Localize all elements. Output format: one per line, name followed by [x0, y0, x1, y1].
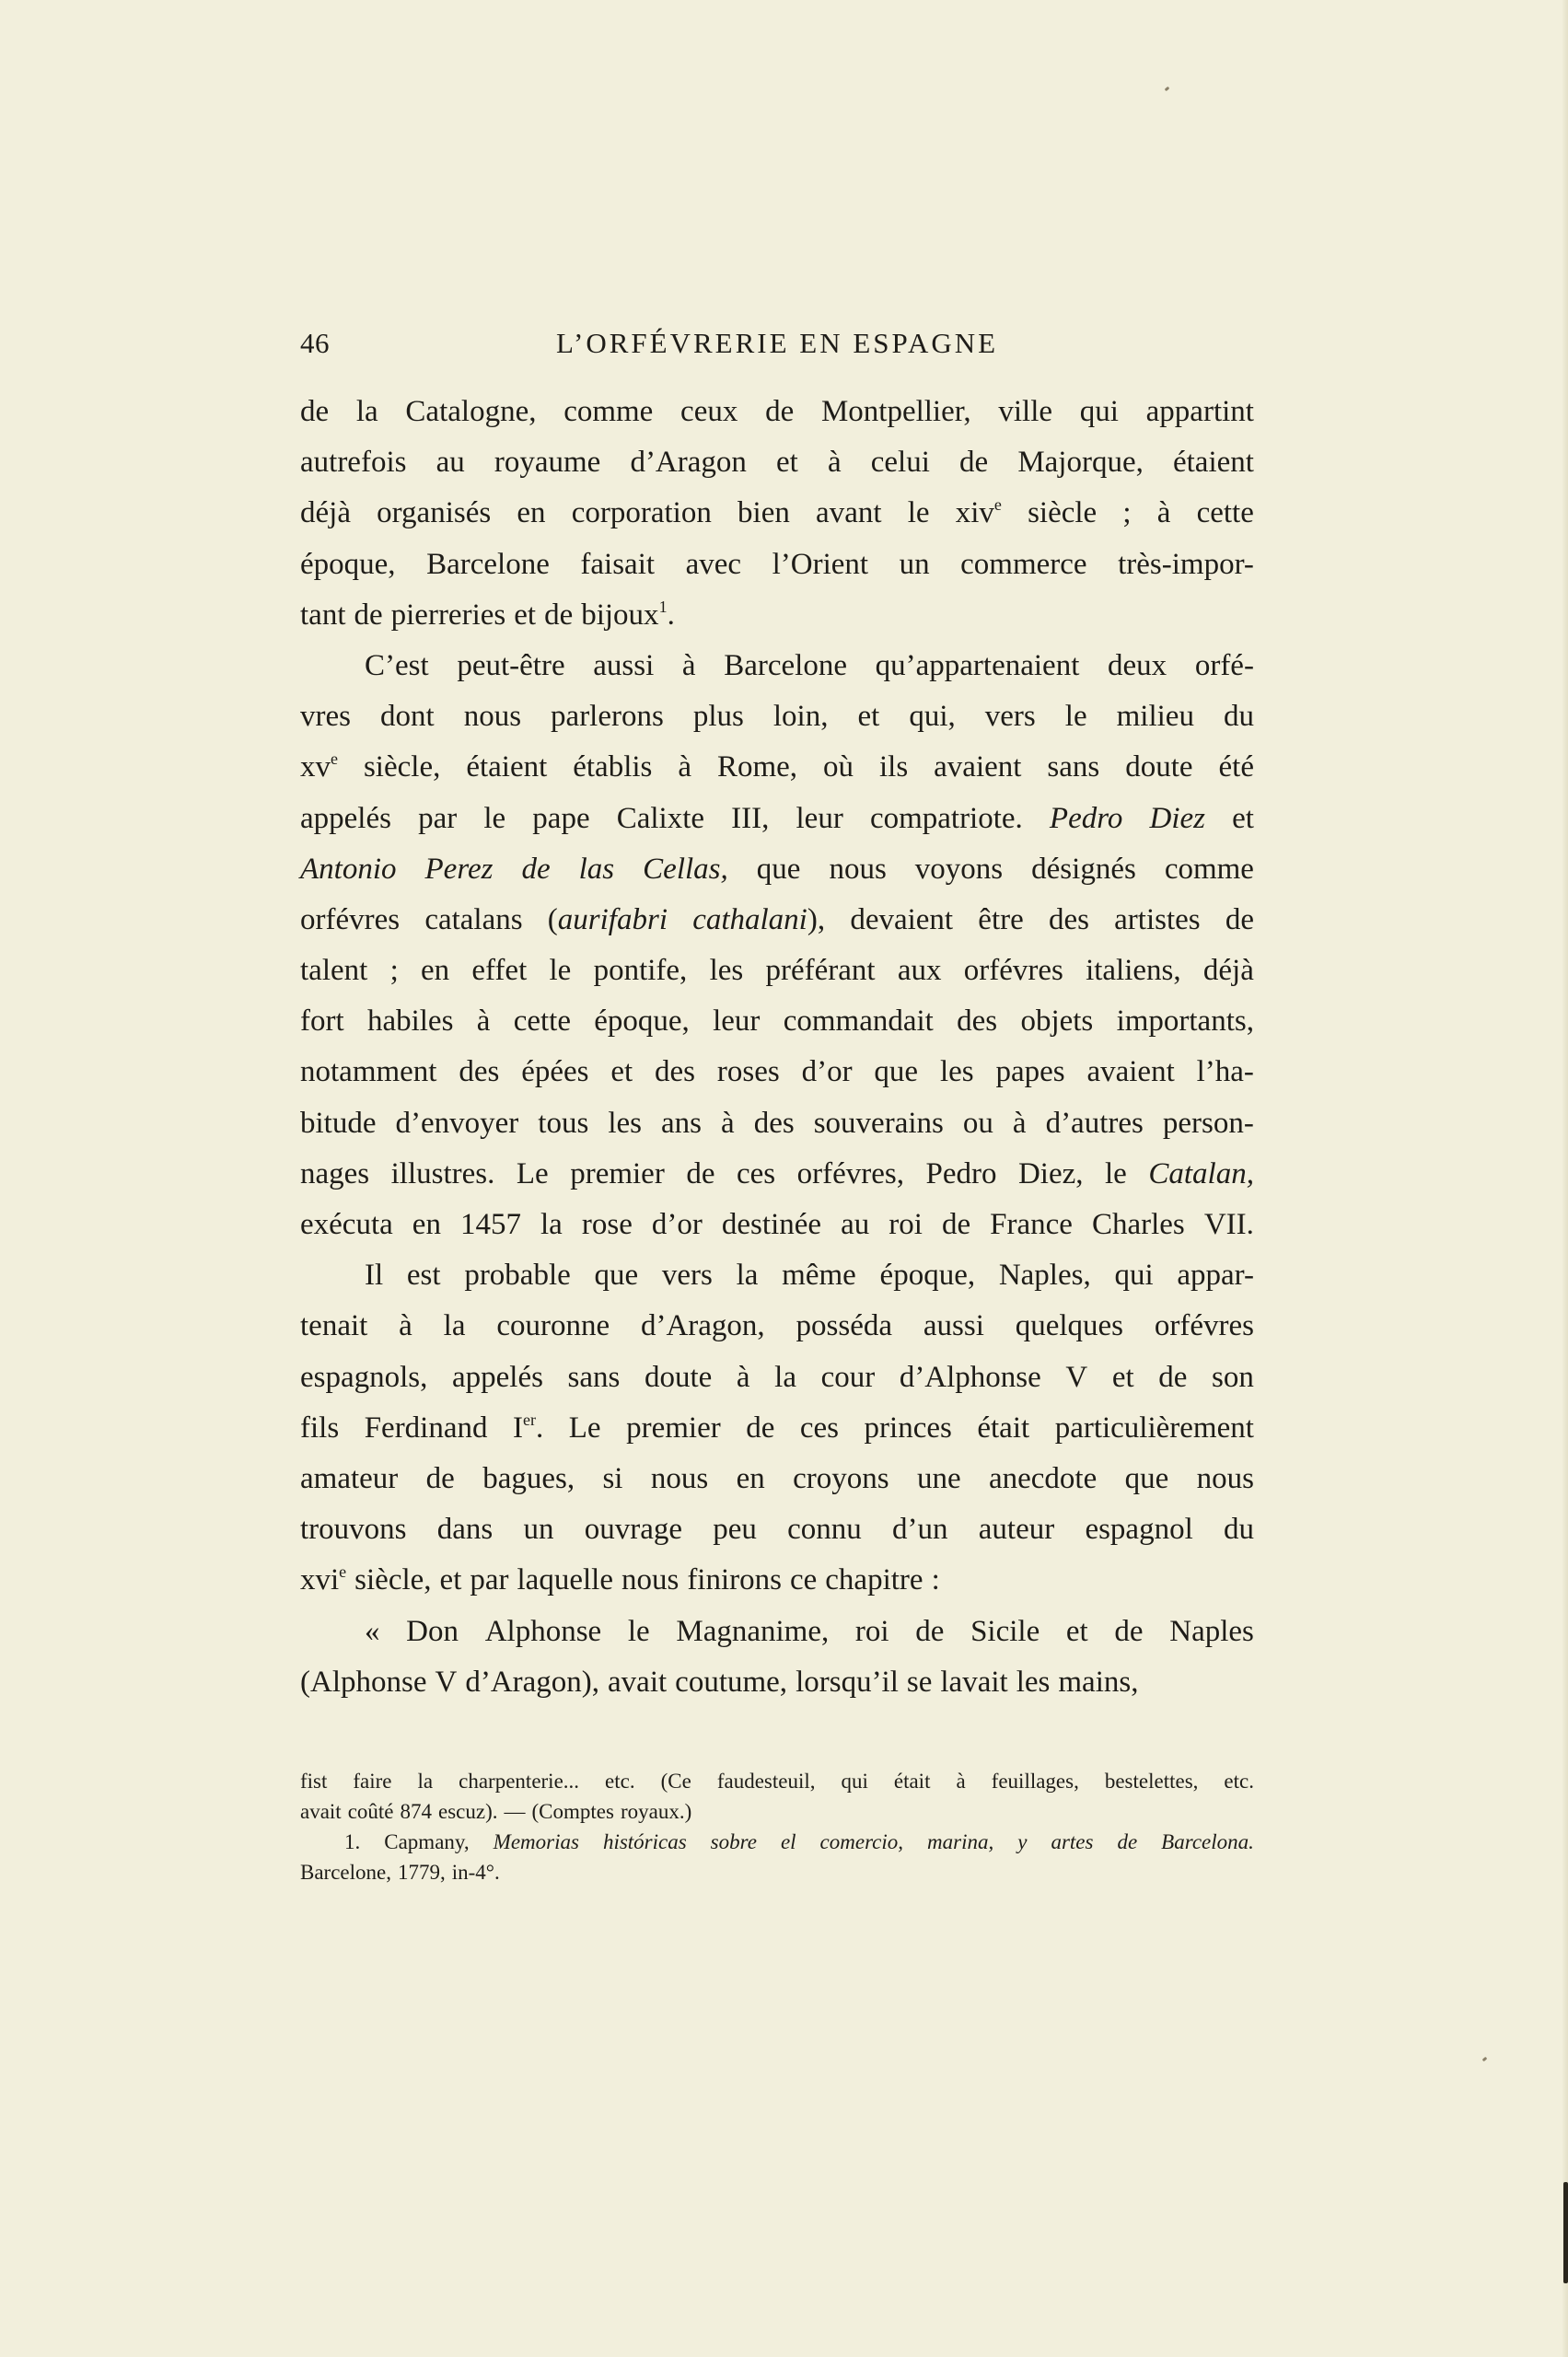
- word: bestelettes,: [1105, 1766, 1199, 1796]
- word: été: [1219, 742, 1254, 793]
- word: ;: [390, 946, 399, 996]
- word: Antonio: [300, 844, 397, 895]
- word: deux: [1108, 641, 1167, 691]
- footnote-line: 1.Capmany,Memoriashistóricassobreelcomer…: [300, 1827, 1254, 1857]
- body-line: déjàorganisésencorporationbienavantlexiv…: [300, 488, 1254, 539]
- word: «: [365, 1607, 380, 1657]
- word: du: [1224, 1504, 1254, 1555]
- word: même: [782, 1250, 856, 1301]
- word: époque,: [880, 1250, 976, 1301]
- body-text: delaCatalogne,commeceuxdeMontpellier,vil…: [300, 387, 1254, 1708]
- superscript: e: [331, 749, 338, 768]
- word: illustres.: [391, 1149, 495, 1200]
- word: royaux.): [621, 1796, 691, 1827]
- body-line: appelésparlepapeCalixteIII,leurcompatrio…: [300, 794, 1254, 844]
- word: Cellas,: [643, 844, 728, 895]
- word: si: [602, 1454, 622, 1504]
- word: à: [399, 1301, 412, 1352]
- body-line: Ilestprobablequeverslamêmeépoque,Naples,…: [300, 1250, 1254, 1301]
- word: déjà: [300, 488, 351, 539]
- word: ouvrage: [585, 1504, 682, 1555]
- word: bagues,: [482, 1454, 575, 1504]
- body-line: xviesiècle,etparlaquellenousfinironscech…: [300, 1555, 1254, 1606]
- word: (Ce: [661, 1766, 691, 1796]
- word: tant: [300, 590, 345, 641]
- word: à: [828, 437, 842, 488]
- word: nages: [300, 1149, 369, 1200]
- word: leur: [796, 794, 843, 844]
- word: coûté: [348, 1796, 394, 1827]
- word: feuillages,: [992, 1766, 1079, 1796]
- superscript: 1: [659, 598, 668, 616]
- word: Pedro: [1050, 794, 1122, 844]
- word: orfé-: [1195, 641, 1254, 691]
- word: que: [595, 1250, 639, 1301]
- word: comme: [1165, 844, 1254, 895]
- word: vers: [662, 1250, 713, 1301]
- word: laquelle: [517, 1555, 613, 1606]
- paper-speck: [1165, 87, 1170, 92]
- word: à: [1013, 1098, 1027, 1149]
- word: princes: [865, 1403, 952, 1454]
- body-line: vresdontnousparleronsplusloin,etqui,vers…: [300, 691, 1254, 742]
- footnote-line: fistfairelacharpenterie...etc.(Cefaudest…: [300, 1766, 1254, 1796]
- word: lavait: [940, 1657, 1007, 1708]
- word: était: [894, 1766, 931, 1796]
- running-head: 46 L’ORFÉVRERIE EN ESPAGNE: [300, 327, 1254, 364]
- word: avait: [608, 1657, 667, 1708]
- word: orfévres: [1155, 1301, 1254, 1352]
- body-line: notammentdesépéesetdesrosesd’orquelespap…: [300, 1047, 1254, 1097]
- word: un: [900, 540, 930, 590]
- word: fort: [300, 996, 344, 1047]
- word: nous: [621, 1555, 679, 1606]
- word: la: [774, 1353, 796, 1403]
- word: qui,: [909, 691, 955, 742]
- word: peut-être: [457, 641, 564, 691]
- body-line: talent;eneffetlepontife,lespréférantauxo…: [300, 946, 1254, 996]
- word: de: [746, 1403, 774, 1454]
- word: roi: [855, 1607, 889, 1657]
- word: de: [1114, 1607, 1143, 1657]
- word: à: [721, 1098, 735, 1149]
- word: Barcelona.: [1161, 1827, 1254, 1857]
- word: aussi: [593, 641, 654, 691]
- page-edge: [1562, 0, 1568, 2357]
- word: être: [978, 895, 1023, 946]
- word: doute: [1125, 742, 1192, 793]
- word: C’est: [365, 641, 429, 691]
- word: Barcelone: [724, 641, 847, 691]
- word: ceux: [680, 387, 738, 437]
- word: connu: [787, 1504, 862, 1555]
- word: à: [1157, 488, 1171, 539]
- word: et: [514, 590, 536, 641]
- word: Le: [517, 1149, 549, 1200]
- word: de: [1117, 1827, 1137, 1857]
- word: est: [407, 1250, 441, 1301]
- word: exécuta: [300, 1200, 393, 1250]
- word: au: [841, 1200, 869, 1250]
- word: ville: [998, 387, 1052, 437]
- word: Barcelone: [426, 540, 550, 590]
- word: qu’appartenaient: [876, 641, 1080, 691]
- word: France: [990, 1200, 1073, 1250]
- word: le: [628, 1607, 650, 1657]
- word: Il: [365, 1250, 383, 1301]
- word: en: [517, 488, 545, 539]
- word: artistes: [1114, 895, 1200, 946]
- word: la: [737, 1250, 759, 1301]
- word: Magnanime,: [676, 1607, 829, 1657]
- word: appartint: [1146, 387, 1254, 437]
- word: et: [1066, 1607, 1088, 1657]
- superscript: e: [994, 495, 1002, 514]
- word: roi: [889, 1200, 923, 1250]
- word: orfévres: [300, 895, 400, 946]
- word: d’Aragon: [630, 437, 746, 488]
- body-line: autrefoisauroyaumed’AragonetàceluideMajo…: [300, 437, 1254, 488]
- word: qui: [1114, 1250, 1153, 1301]
- word: des: [655, 1047, 695, 1097]
- word: dans: [437, 1504, 494, 1555]
- word: pierreries: [391, 590, 506, 641]
- body-line: amateurdebagues,sinousencroyonsuneanecdo…: [300, 1454, 1254, 1504]
- word: auteur: [979, 1504, 1054, 1555]
- word: charpenterie...: [459, 1766, 579, 1796]
- word: objets: [1020, 996, 1093, 1047]
- word: couronne: [496, 1301, 610, 1352]
- word: marina,: [927, 1827, 993, 1857]
- word: orfévres: [964, 946, 1063, 996]
- body-line: AntonioPerezdelasCellas,quenousvoyonsdés…: [300, 844, 1254, 895]
- word: croyons: [793, 1454, 889, 1504]
- word: comercio,: [820, 1827, 903, 1857]
- word: doute: [645, 1353, 712, 1403]
- word: d’or: [802, 1047, 853, 1097]
- word: aux: [898, 946, 942, 996]
- word: fist: [300, 1766, 327, 1796]
- word: loin,: [773, 691, 829, 742]
- word: avant: [816, 488, 881, 539]
- word: cour: [821, 1353, 876, 1403]
- word: Barcelone,: [300, 1857, 391, 1887]
- paper-speck: [1482, 2057, 1488, 2062]
- word: et: [610, 1047, 633, 1097]
- word: étaient: [1173, 437, 1254, 488]
- word: Le: [569, 1403, 601, 1454]
- word: l’ha-: [1197, 1047, 1254, 1097]
- word: el: [781, 1827, 796, 1857]
- body-line: exécutaen1457larosed’ordestinéeauroideFr…: [300, 1200, 1254, 1250]
- word: probable: [464, 1250, 570, 1301]
- word: las: [579, 844, 615, 895]
- word: anecdote: [989, 1454, 1097, 1504]
- word: talent: [300, 946, 367, 996]
- word: d’un: [892, 1504, 948, 1555]
- word: des: [459, 1047, 499, 1097]
- word: désignés: [1031, 844, 1136, 895]
- word: de: [1225, 895, 1254, 946]
- word: cathalani),: [692, 895, 825, 946]
- word: papes: [995, 1047, 1064, 1097]
- word: royaume: [494, 437, 600, 488]
- footnotes: fistfairelacharpenterie...etc.(Cefaudest…: [300, 1766, 1254, 1887]
- word: espagnols,: [300, 1353, 427, 1403]
- word: —: [505, 1796, 526, 1827]
- word: de: [1158, 1353, 1187, 1403]
- word: corporation: [572, 488, 712, 539]
- word: etc.: [1224, 1766, 1254, 1796]
- word: :: [932, 1555, 940, 1606]
- word: étaient: [466, 742, 547, 793]
- word: appelés: [452, 1353, 543, 1403]
- word: époque,: [300, 540, 396, 590]
- word: les: [608, 1098, 642, 1149]
- word: sobre: [711, 1827, 757, 1857]
- word: finirons: [687, 1555, 782, 1606]
- word: nous: [464, 691, 521, 742]
- word: d’Alphonse: [900, 1353, 1041, 1403]
- word: et: [1112, 1353, 1134, 1403]
- word: son: [1212, 1353, 1254, 1403]
- word: (aurifabri: [548, 895, 668, 946]
- word: Catalogne,: [405, 387, 536, 437]
- word: escuz).: [438, 1796, 498, 1827]
- word: souverains: [814, 1098, 944, 1149]
- word: 1.: [344, 1827, 360, 1857]
- word: xve: [300, 742, 338, 793]
- word: ce: [790, 1555, 817, 1606]
- word: de: [942, 1200, 970, 1250]
- word: de: [959, 437, 988, 488]
- word: person-: [1163, 1098, 1254, 1149]
- word: Diez,: [1018, 1149, 1084, 1200]
- word: des: [957, 996, 997, 1047]
- body-line: orfévrescatalans(aurifabricathalani),dev…: [300, 895, 1254, 946]
- word: ces: [800, 1403, 839, 1454]
- word: l’Orient: [772, 540, 868, 590]
- word: xive: [956, 488, 1002, 539]
- word: un: [523, 1504, 553, 1555]
- word: très-impor-: [1118, 540, 1254, 590]
- body-line: C’estpeut-êtreaussiàBarcelonequ’apparten…: [300, 641, 1254, 691]
- word: pontife,: [594, 946, 688, 996]
- word: ils: [879, 742, 908, 793]
- word: au: [436, 437, 465, 488]
- superscript: e: [339, 1562, 346, 1581]
- word: épées: [521, 1047, 588, 1097]
- word: Charles: [1092, 1200, 1185, 1250]
- word: en: [737, 1454, 765, 1504]
- word: nous: [1197, 1454, 1254, 1504]
- word: importants,: [1117, 996, 1254, 1047]
- word: se: [907, 1657, 933, 1708]
- word: roses: [717, 1047, 780, 1097]
- word: Montpellier,: [821, 387, 971, 437]
- word: des: [1049, 895, 1089, 946]
- word: en: [412, 1200, 441, 1250]
- word: nous: [829, 844, 886, 895]
- word: par: [418, 794, 457, 844]
- word: sans: [1047, 742, 1099, 793]
- word: de: [521, 844, 550, 895]
- word: avec: [686, 540, 741, 590]
- word: orfévres,: [797, 1149, 904, 1200]
- word: vers: [985, 691, 1036, 742]
- body-line: «DonAlphonseleMagnanime,roideSicileetdeN…: [300, 1607, 1254, 1657]
- word: vres: [300, 691, 351, 742]
- body-line: tantdepierreriesetdebijoux1.: [300, 590, 1254, 641]
- word: Rome,: [717, 742, 797, 793]
- word: avait: [300, 1796, 342, 1827]
- word: que: [1125, 1454, 1169, 1504]
- word: Pedro: [925, 1149, 996, 1200]
- word: déjà: [1203, 946, 1254, 996]
- word: en: [421, 946, 449, 996]
- body-line: époque,Barcelonefaisaitavecl’Orientuncom…: [300, 540, 1254, 590]
- word: appar-: [1177, 1250, 1254, 1301]
- word: était: [977, 1403, 1029, 1454]
- word: à: [678, 742, 691, 793]
- word: lorsqu’il: [796, 1657, 899, 1708]
- word: d’autres: [1046, 1098, 1144, 1149]
- word: sans: [568, 1353, 621, 1403]
- word: parlerons: [551, 691, 664, 742]
- word: Calixte: [617, 794, 704, 844]
- word: mains,: [1058, 1657, 1138, 1708]
- word: (Comptes: [532, 1796, 614, 1827]
- word: une: [917, 1454, 961, 1504]
- word: où: [823, 742, 854, 793]
- word: voyons: [915, 844, 1003, 895]
- word: (Alphonse: [300, 1657, 426, 1708]
- word: bien: [738, 488, 790, 539]
- body-line: trouvonsdansunouvragepeuconnud’unauteure…: [300, 1504, 1254, 1555]
- word: Capmany,: [384, 1827, 469, 1857]
- word: in-4°.: [452, 1857, 500, 1887]
- word: posséda: [796, 1301, 892, 1352]
- word: faisait: [580, 540, 655, 590]
- word: de: [426, 1454, 455, 1504]
- word: de: [915, 1607, 944, 1657]
- word: établis: [573, 742, 652, 793]
- word: les: [710, 946, 744, 996]
- word: Perez: [425, 844, 494, 895]
- word: effet: [471, 946, 527, 996]
- running-title: L’ORFÉVRERIE EN ESPAGNE: [300, 327, 1254, 360]
- word: de: [544, 590, 573, 641]
- word: la: [444, 1301, 466, 1352]
- word: Ier.: [513, 1403, 543, 1454]
- word: espagnol: [1085, 1504, 1192, 1555]
- footnote-line: Barcelone,1779,in-4°.: [300, 1857, 1254, 1887]
- word: faudesteuil,: [717, 1766, 816, 1796]
- word: époque,: [594, 996, 690, 1047]
- word: et: [858, 691, 880, 742]
- body-line: delaCatalogne,commeceuxdeMontpellier,vil…: [300, 387, 1254, 437]
- word: à: [956, 1766, 965, 1796]
- word: notamment: [300, 1047, 436, 1097]
- word: fils: [300, 1403, 339, 1454]
- word: autrefois: [300, 437, 406, 488]
- word: commandait: [784, 996, 934, 1047]
- word: la: [540, 1200, 563, 1250]
- word: de: [300, 387, 329, 437]
- word: de: [354, 590, 382, 641]
- binding-mark: [1563, 2182, 1568, 2283]
- word: faire: [353, 1766, 391, 1796]
- word: d’Aragon),: [465, 1657, 599, 1708]
- word: 874: [401, 1796, 433, 1827]
- body-line: espagnols,appeléssansdouteàlacourd’Alpho…: [300, 1353, 1254, 1403]
- word: aussi: [923, 1301, 984, 1352]
- word: devaient: [850, 895, 953, 946]
- word: ans: [661, 1098, 702, 1149]
- word: ou: [963, 1098, 993, 1149]
- word: de: [686, 1149, 714, 1200]
- word: leur: [713, 996, 760, 1047]
- word: habiles: [367, 996, 453, 1047]
- body-line: xvesiècle,étaientétablisàRome,oùilsavaie…: [300, 742, 1254, 793]
- word: et: [1232, 794, 1254, 844]
- word: le: [1105, 1149, 1127, 1200]
- word: quelques: [1016, 1301, 1123, 1352]
- word: amateur: [300, 1454, 398, 1504]
- word: cette: [514, 996, 571, 1047]
- word: la: [418, 1766, 434, 1796]
- word: milieu: [1117, 691, 1194, 742]
- word: Alphonse: [485, 1607, 602, 1657]
- word: premier: [626, 1403, 721, 1454]
- word: destinée: [722, 1200, 821, 1250]
- word: pape: [532, 794, 589, 844]
- word: comme: [563, 387, 653, 437]
- footnote-line: avaitcoûté874escuz).—(Comptesroyaux.): [300, 1796, 1254, 1827]
- body-line: nagesillustres.Lepremierdecesorfévres,Pe…: [300, 1149, 1254, 1200]
- word: siècle,: [354, 1555, 431, 1606]
- word: 1779,: [398, 1857, 446, 1887]
- word: plus: [693, 691, 744, 742]
- word: à: [477, 996, 491, 1047]
- word: qui: [1080, 387, 1119, 437]
- word: III,: [731, 794, 769, 844]
- word: avaient: [934, 742, 1021, 793]
- word: le: [550, 946, 572, 996]
- word: 1457: [460, 1200, 521, 1250]
- body-line: (AlphonseVd’Aragon),avaitcoutume,lorsqu’…: [300, 1657, 1254, 1708]
- word: à: [682, 641, 696, 691]
- word: Naples,: [999, 1250, 1091, 1301]
- word: d’or: [652, 1200, 703, 1250]
- word: Naples: [1169, 1607, 1254, 1657]
- word: les: [940, 1047, 974, 1097]
- word: xvie: [300, 1555, 346, 1606]
- word: la: [356, 387, 378, 437]
- word: à: [737, 1353, 750, 1403]
- word: que: [874, 1047, 918, 1097]
- superscript: er: [523, 1411, 536, 1429]
- body-line: forthabilesàcetteépoque,leurcommandaitde…: [300, 996, 1254, 1047]
- word: Don: [406, 1607, 459, 1657]
- word: et: [776, 437, 798, 488]
- word: que: [757, 844, 801, 895]
- word: d’Aragon,: [641, 1301, 765, 1352]
- word: avaient: [1086, 1047, 1174, 1097]
- word: et: [440, 1555, 462, 1606]
- word: appelés: [300, 794, 391, 844]
- word: etc.: [605, 1766, 635, 1796]
